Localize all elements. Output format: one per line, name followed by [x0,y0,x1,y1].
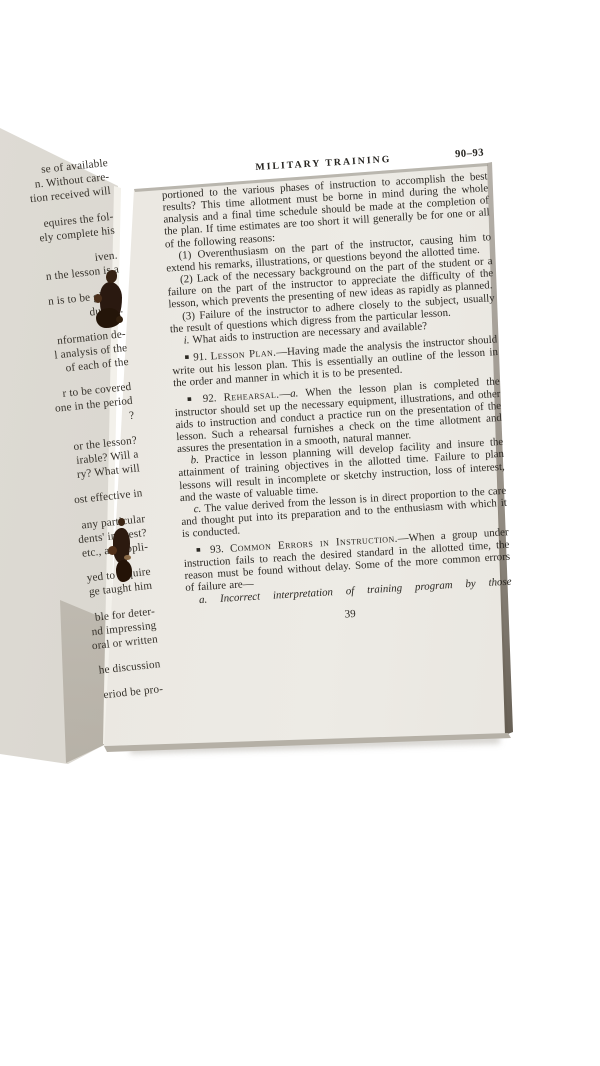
left-fragment: he discussion [53,657,161,682]
running-header-title: MILITARY TRAINING [255,154,392,173]
text-segment: 91. [189,351,211,364]
right-page: MILITARY TRAINING 90–93 portioned to the… [160,147,513,629]
book-photo: se of availablen. Without care-tion rece… [0,0,600,1066]
stain-blob-upper [92,268,130,334]
right-page-text: portioned to the various phases of instr… [162,170,512,606]
paragraph-range: 90–93 [455,147,485,161]
left-fragment: ost effective in [35,487,143,512]
stain-blob-lower [108,522,138,586]
